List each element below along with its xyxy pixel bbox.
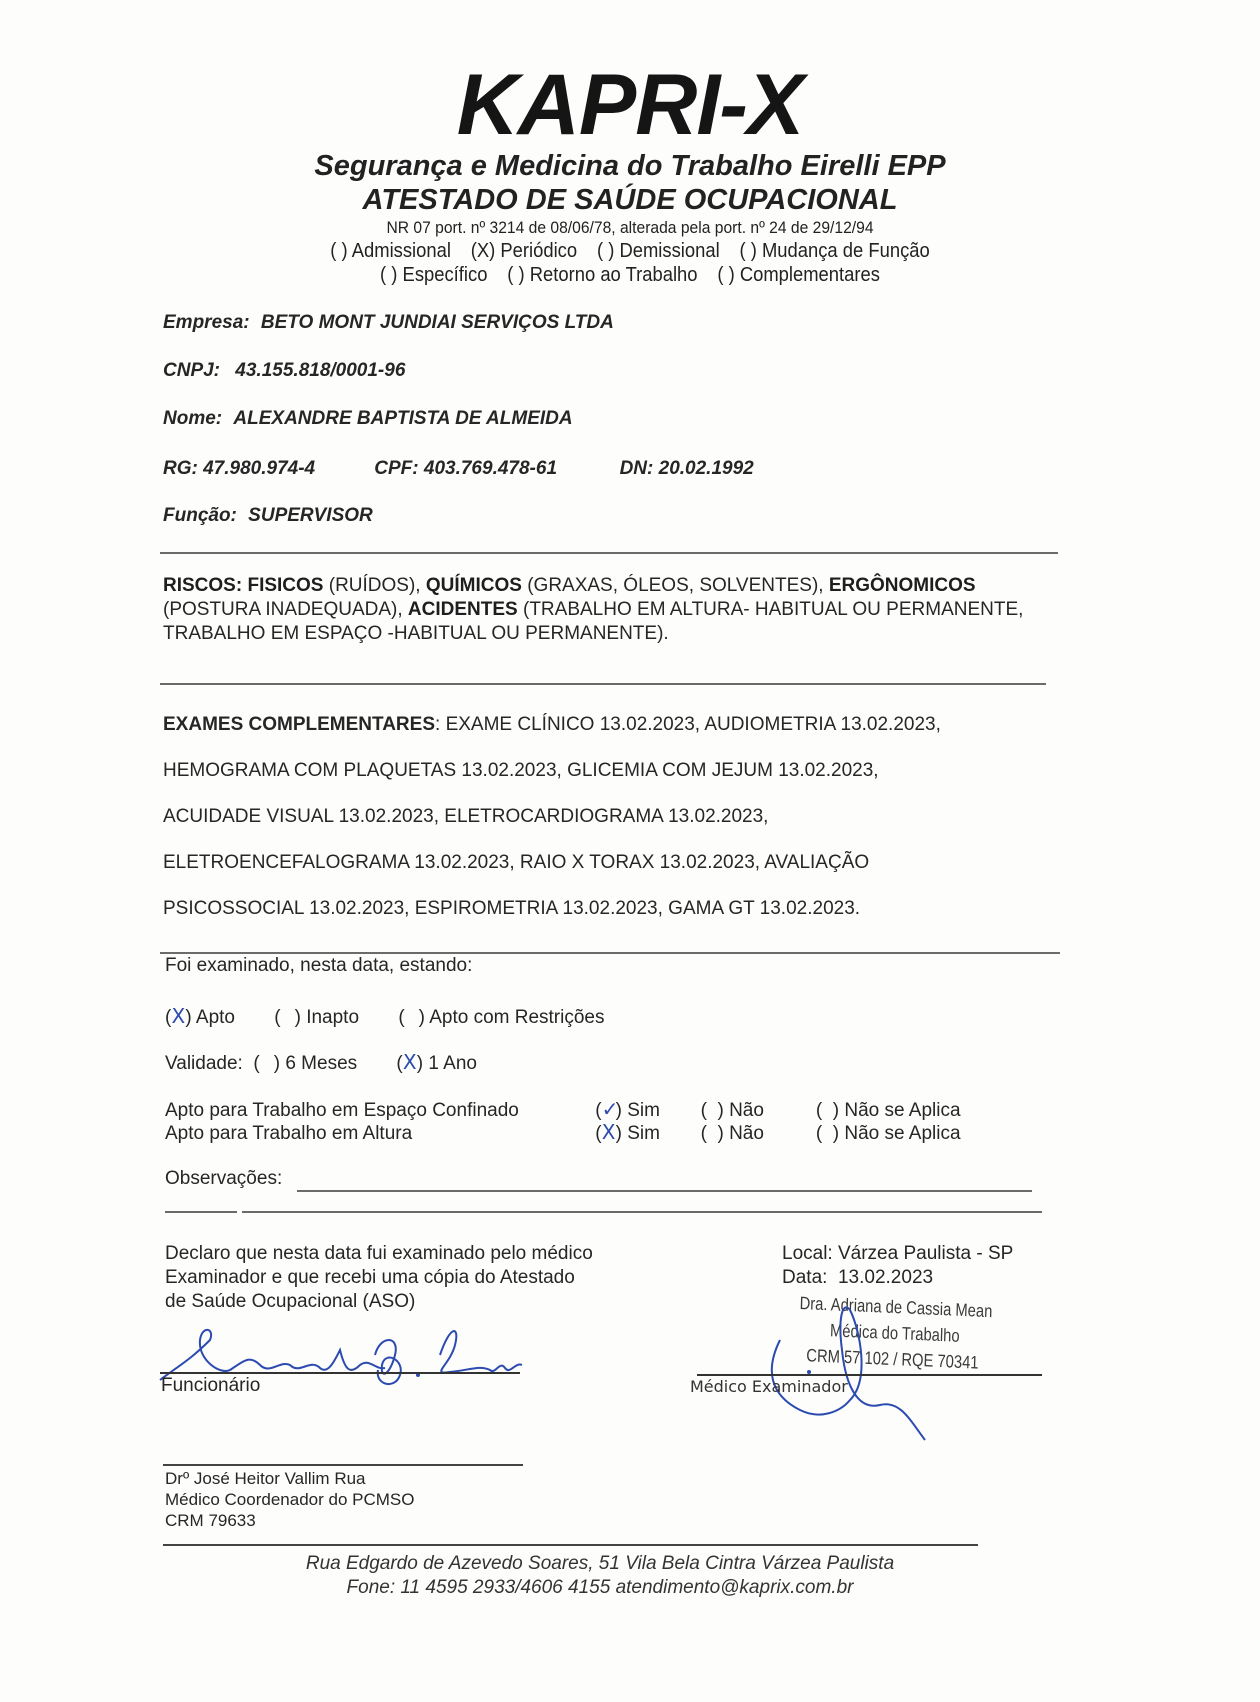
exam-type-periodico[interactable]: (X) Periódico [471,240,577,262]
cpf-value: 403.769.478-61 [424,458,557,479]
status-options: (X) Apto () Inapto () Apto com Restriçõe… [165,1004,605,1029]
aptitude-nao[interactable]: ( ) Não [701,1123,811,1145]
examiner-info: Local: Várzea Paulista - SP Data: 13.02.… [782,1242,1013,1290]
aptitude-altura-row: Apto para Trabalho em Altura (X) Sim ( )… [165,1120,1065,1145]
exam-type-complementares[interactable]: ( ) Complementares [717,264,880,286]
funcao-label: Função: [163,505,237,526]
exam-type-row-1: ( ) Admissional (X) Periódico ( ) Demiss… [50,240,1209,263]
exams-line: ELETROENCEFALOGRAMA 13.02.2023, RAIO X T… [163,850,1063,896]
validity-options: Validade: () 6 Meses (X) 1 Ano [165,1050,477,1075]
cnpj-value: 43.155.818/0001-96 [235,360,405,381]
divider [160,952,1060,954]
divider [160,552,1058,554]
date-value: 13.02.2023 [838,1267,933,1288]
risk-type-quimicos: QUÍMICOS [426,575,522,596]
risks-section: RISCOS: FISICOS (RUÍDOS), QUÍMICOS (GRAX… [163,574,1063,646]
aptitude-na[interactable]: ( ) Não se Aplica [816,1123,961,1144]
check-mark-icon: X [403,1050,417,1074]
coordinator-crm: CRM 79633 [165,1510,414,1531]
aptitude-confinado-row: Apto para Trabalho em Espaço Confinado (… [165,1097,1065,1122]
status-apto[interactable]: (X) Apto [165,1007,235,1028]
aptitude-sim[interactable]: (X) Sim [595,1120,695,1145]
check-mark-icon: ✓ [602,1097,616,1121]
validity-6-meses[interactable]: () 6 Meses [253,1053,357,1074]
exams-line: HEMOGRAMA COM PLAQUETAS 13.02.2023, GLIC… [163,758,1063,804]
check-mark-icon: X [171,1004,185,1028]
exam-type-retorno[interactable]: ( ) Retorno ao Trabalho [507,264,697,286]
cnpj-label: CNPJ: [163,360,220,381]
risk-detail-quimicos: (GRAXAS, ÓLEOS, SOLVENTES), [522,575,829,596]
field-empresa: Empresa: BETO MONT JUNDIAI SERVIÇOS LTDA [163,312,614,334]
risk-type-acidentes: ACIDENTES [408,599,518,620]
field-nome: Nome: ALEXANDRE BAPTISTA DE ALMEIDA [163,408,573,430]
coordinator-role: Médico Coordenador do PCMSO [165,1489,414,1510]
examiner-signature-line [697,1374,1042,1376]
coordinator-block: Drº José Heitor Vallim Rua Médico Coorde… [165,1468,414,1531]
validity-1-ano[interactable]: (X) 1 Ano [396,1053,477,1074]
exams-label: EXAMES COMPLEMENTARES [163,714,435,735]
nome-label: Nome: [163,408,222,429]
company-subtitle: Segurança e Medicina do Trabalho Eirelli… [0,150,1260,183]
exams-line: PSICOSSOCIAL 13.02.2023, ESPIROMETRIA 13… [163,896,1063,942]
exams-line: EXAMES COMPLEMENTARES: EXAME CLÍNICO 13.… [163,712,1063,758]
exams-section: EXAMES COMPLEMENTARES: EXAME CLÍNICO 13.… [163,712,1063,942]
field-funcao: Função: SUPERVISOR [163,505,373,527]
aptitude-sim[interactable]: (✓) Sim [595,1097,695,1122]
coordinator-name: Drº José Heitor Vallim Rua [165,1468,414,1489]
risks-label: RISCOS: [163,575,242,596]
exam-type-admissional[interactable]: ( ) Admissional [330,240,451,262]
rg-value: 47.980.974-4 [203,458,315,479]
dn-field: DN: 20.02.1992 [620,458,754,480]
exam-type-especifico[interactable]: ( ) Específico [380,264,487,286]
divider [160,683,1046,685]
nome-value: ALEXANDRE BAPTISTA DE ALMEIDA [233,408,572,429]
risk-detail-ergonomicos: (POSTURA INADEQUADA), [163,599,408,620]
exam-type-mudanca-funcao[interactable]: ( ) Mudança de Função [739,240,929,262]
examiner-sign-label: Médico Examinador [690,1377,848,1396]
rg-label: RG: [163,458,198,479]
local-label: Local: [782,1243,833,1264]
empresa-label: Empresa: [163,312,250,333]
observations-input-line[interactable] [165,1211,237,1213]
observations-input-line[interactable] [297,1190,1032,1192]
divider [163,1544,978,1546]
rg-field: RG: 47.980.974-4 [163,458,369,480]
field-ids: RG: 47.980.974-4 CPF: 403.769.478-61 DN:… [163,458,754,480]
observations-input-line[interactable] [242,1211,1042,1213]
aptitude-nao[interactable]: ( ) Não [701,1100,811,1122]
empresa-value: BETO MONT JUNDIAI SERVIÇOS LTDA [261,312,614,333]
field-cnpj: CNPJ: 43.155.818/0001-96 [163,360,405,382]
exams-line: ACUIDADE VISUAL 13.02.2023, ELETROCARDIO… [163,804,1063,850]
company-logo: KAPRI-X [0,62,1260,148]
local-value: Várzea Paulista - SP [838,1243,1013,1264]
aptitude-na[interactable]: ( ) Não se Aplica [816,1100,961,1121]
status-apto-restricoes[interactable]: () Apto com Restrições [398,1007,604,1028]
risk-type-ergonomicos: ERGÔNOMICOS [829,575,976,596]
norm-reference: NR 07 port. nº 3214 de 08/06/78, alterad… [50,218,1209,238]
employee-sign-label: Funcionário [161,1374,260,1398]
exam-type-demissional[interactable]: ( ) Demissional [597,240,720,262]
date-label: Data: [782,1267,827,1288]
footer-address: Rua Edgardo de Azevedo Soares, 51 Vila B… [0,1552,1230,1576]
exam-type-row-2: ( ) Específico ( ) Retorno ao Trabalho (… [50,264,1209,287]
document-title: ATESTADO DE SAÚDE OCUPACIONAL [0,184,1260,217]
risk-type-fisicos: FISICOS [247,575,323,596]
dn-value: 20.02.1992 [659,458,754,479]
risk-detail-fisicos: (RUÍDOS), [323,575,425,596]
result-intro: Foi examinado, nesta data, estando: [165,955,472,977]
funcao-value: SUPERVISOR [248,505,373,526]
coordinator-signature-line [163,1464,523,1466]
status-inapto[interactable]: () Inapto [274,1007,359,1028]
cpf-label: CPF: [374,458,418,479]
declaration-text: Declaro que nesta data fui examinado pel… [165,1242,593,1314]
cpf-field: CPF: 403.769.478-61 [374,458,614,480]
aptitude-label: Apto para Trabalho em Espaço Confinado [165,1100,590,1122]
aptitude-label: Apto para Trabalho em Altura [165,1123,590,1145]
footer-contact: Fone: 11 4595 2933/4606 4155 atendimento… [0,1576,1230,1600]
check-mark-icon: X [602,1120,616,1144]
dn-label: DN: [620,458,654,479]
observations-label: Observações: [165,1168,282,1190]
validity-label: Validade: [165,1053,243,1074]
